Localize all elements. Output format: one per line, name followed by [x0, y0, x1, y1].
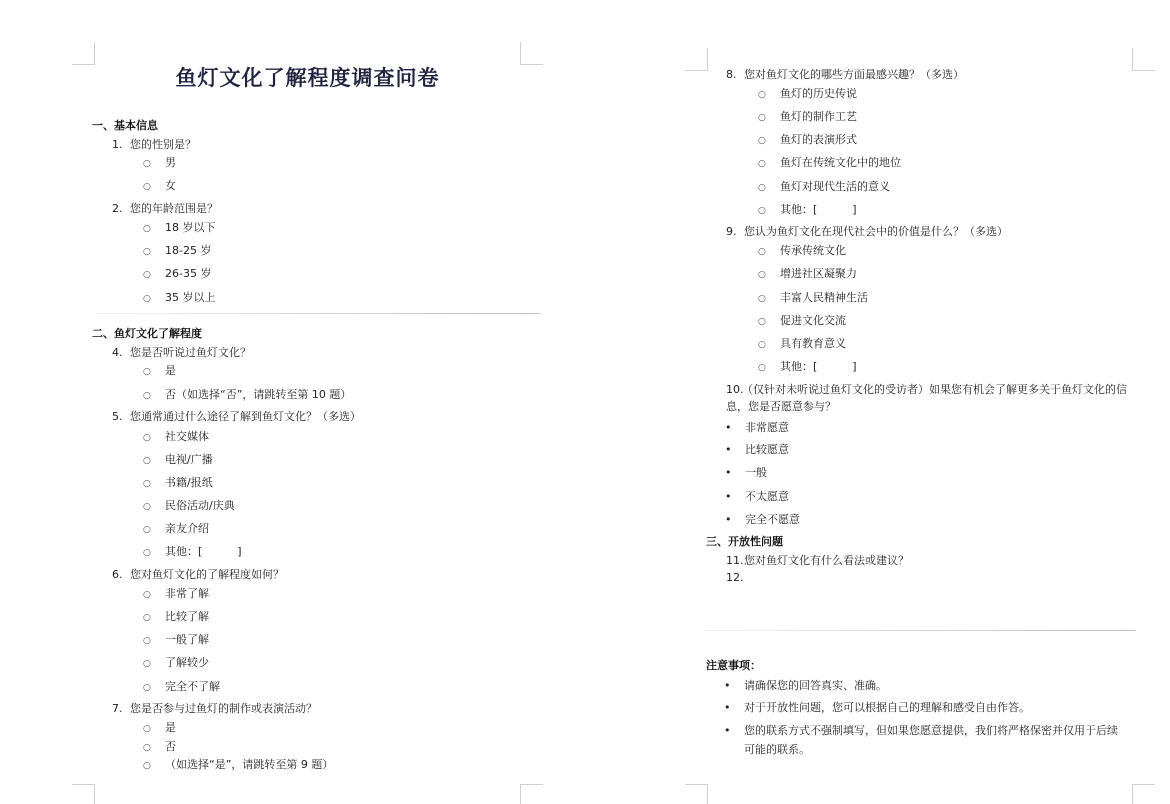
dot-bullet-icon: • — [725, 490, 745, 503]
question-11: 11.您对鱼灯文化有什么看法或建议？ — [726, 552, 909, 568]
circle-bullet-icon: ○ — [143, 224, 165, 234]
option-item[interactable]: ○一般了解 — [143, 631, 209, 647]
page-corner-mark — [685, 48, 708, 71]
circle-bullet-icon: ○ — [143, 182, 165, 192]
page-corner-mark — [685, 784, 708, 804]
option-item[interactable]: ○非常了解 — [143, 585, 209, 601]
document-title: 鱼灯文化了解程度调查问卷 — [0, 62, 615, 92]
question-number: 11. — [726, 554, 744, 567]
circle-bullet-icon: ○ — [143, 433, 165, 443]
question-text: 您对鱼灯文化的哪些方面最感兴趣？（多选） — [744, 68, 964, 81]
option-item[interactable]: ○男 — [143, 154, 176, 170]
circle-bullet-icon: ○ — [143, 525, 165, 535]
question-number: 12. — [726, 571, 744, 584]
section-heading-basic-info: 一、基本信息 — [92, 117, 158, 133]
circle-bullet-icon: ○ — [758, 90, 780, 100]
circle-bullet-icon: ○ — [758, 363, 780, 373]
question-number: 6. — [112, 568, 130, 581]
circle-bullet-icon: ○ — [758, 317, 780, 327]
option-item[interactable]: •不太愿意 — [725, 488, 789, 504]
dot-bullet-icon: • — [724, 701, 744, 714]
question-2: 2.您的年龄范围是？ — [112, 200, 218, 216]
circle-bullet-icon: ○ — [143, 659, 165, 669]
option-item[interactable]: ○女 — [143, 177, 176, 193]
circle-bullet-icon: ○ — [143, 159, 165, 169]
question-text: 您认为鱼灯文化在现代社会中的价值是什么？（多选） — [744, 225, 1008, 238]
option-item[interactable]: ○了解较少 — [143, 654, 209, 670]
option-item-other[interactable]: ○其他：[ ] — [143, 543, 242, 559]
circle-bullet-icon: ○ — [143, 456, 165, 466]
dot-bullet-icon: • — [725, 466, 745, 479]
option-item[interactable]: ○是 — [143, 719, 176, 735]
question-text: （仅针对未听说过鱼灯文化的受访者）如果您有机会了解更多关于鱼灯文化的信息，您是否… — [726, 383, 1127, 413]
option-item[interactable]: ○18 岁以下 — [143, 219, 216, 235]
circle-bullet-icon: ○ — [143, 613, 165, 623]
circle-bullet-icon: ○ — [758, 113, 780, 123]
page-corner-mark — [1132, 48, 1155, 71]
option-item[interactable]: ○鱼灯在传统文化中的地位 — [758, 154, 901, 170]
section-heading-awareness: 二、鱼灯文化了解程度 — [92, 325, 202, 341]
question-text: 您是否听说过鱼灯文化？ — [130, 346, 251, 359]
section-heading-open-questions: 三、开放性问题 — [706, 533, 783, 549]
option-item[interactable]: ○书籍/报纸 — [143, 474, 213, 490]
question-8: 8.您对鱼灯文化的哪些方面最感兴趣？（多选） — [726, 66, 964, 82]
horizontal-rule — [705, 630, 1136, 631]
question-6: 6.您对鱼灯文化的了解程度如何？ — [112, 566, 284, 582]
option-item[interactable]: ○亲友介绍 — [143, 520, 209, 536]
option-item[interactable]: •完全不愿意 — [725, 511, 800, 527]
option-item[interactable]: ○社交媒体 — [143, 428, 209, 444]
option-item[interactable]: ○增进社区凝聚力 — [758, 265, 857, 281]
circle-bullet-icon: ○ — [143, 590, 165, 600]
circle-bullet-icon: ○ — [758, 270, 780, 280]
option-item[interactable]: ○民俗活动/庆典 — [143, 497, 235, 513]
circle-bullet-icon: ○ — [143, 743, 165, 753]
option-item[interactable]: ○电视/广播 — [143, 451, 213, 467]
option-item[interactable]: ○丰富人民精神生活 — [758, 289, 868, 305]
note-item: •请确保您的回答真实、准确。 — [724, 677, 887, 693]
option-item[interactable]: ○鱼灯的历史传说 — [758, 85, 857, 101]
circle-bullet-icon: ○ — [758, 159, 780, 169]
circle-bullet-icon: ○ — [143, 683, 165, 693]
circle-bullet-icon: ○ — [758, 136, 780, 146]
option-item-other[interactable]: ○其他：[ ] — [758, 358, 857, 374]
question-12[interactable]: 12. — [726, 571, 744, 584]
option-item[interactable]: ○鱼灯的表演形式 — [758, 131, 857, 147]
circle-bullet-icon: ○ — [758, 247, 780, 257]
circle-bullet-icon: ○ — [143, 294, 165, 304]
option-item[interactable]: ○鱼灯的制作工艺 — [758, 108, 857, 124]
question-number: 9. — [726, 225, 744, 238]
circle-bullet-icon: ○ — [143, 761, 165, 771]
option-item-other[interactable]: ○其他：[ ] — [758, 201, 857, 217]
dot-bullet-icon: • — [725, 443, 745, 456]
question-text: 您对鱼灯文化的了解程度如何？ — [130, 568, 284, 581]
option-item[interactable]: ○完全不了解 — [143, 678, 220, 694]
circle-bullet-icon: ○ — [758, 206, 780, 216]
circle-bullet-icon: ○ — [758, 294, 780, 304]
notes-heading: 注意事项： — [706, 657, 761, 673]
circle-bullet-icon: ○ — [143, 391, 165, 401]
horizontal-rule — [95, 313, 540, 314]
option-item[interactable]: ○35 岁以上 — [143, 289, 216, 305]
question-9: 9.您认为鱼灯文化在现代社会中的价值是什么？（多选） — [726, 223, 1008, 239]
circle-bullet-icon: ○ — [143, 367, 165, 377]
circle-bullet-icon: ○ — [143, 247, 165, 257]
page-right: 8.您对鱼灯文化的哪些方面最感兴趣？（多选） ○鱼灯的历史传说 ○鱼灯的制作工艺… — [585, 0, 1170, 804]
dot-bullet-icon: • — [725, 421, 745, 434]
question-number: 4. — [112, 346, 130, 359]
question-number: 2. — [112, 202, 130, 215]
option-item[interactable]: ○比较了解 — [143, 608, 209, 624]
question-number: 10. — [726, 381, 742, 398]
circle-bullet-icon: ○ — [758, 183, 780, 193]
question-text: 您的年龄范围是？ — [130, 202, 218, 215]
circle-bullet-icon: ○ — [143, 270, 165, 280]
circle-bullet-icon: ○ — [758, 340, 780, 350]
question-7: 7.您是否参与过鱼灯的制作或表演活动？ — [112, 700, 317, 716]
circle-bullet-icon: ○ — [143, 636, 165, 646]
page-corner-mark — [520, 784, 543, 804]
dot-bullet-icon: • — [724, 721, 744, 759]
option-item[interactable]: ○26-35 岁 — [143, 265, 211, 281]
question-10: 10.（仅针对未听说过鱼灯文化的受访者）如果您有机会了解更多关于鱼灯文化的信息，… — [726, 381, 1136, 415]
option-item[interactable]: •比较愿意 — [725, 441, 789, 457]
page-corner-mark — [1132, 784, 1155, 804]
option-item[interactable]: •非常愿意 — [725, 419, 789, 435]
question-1: 1.您的性别是？ — [112, 136, 196, 152]
circle-bullet-icon: ○ — [143, 548, 165, 558]
circle-bullet-icon: ○ — [143, 724, 165, 734]
option-item[interactable]: ○鱼灯对现代生活的意义 — [758, 178, 890, 194]
option-item[interactable]: ○传承传统文化 — [758, 242, 846, 258]
note-item: •对于开放性问题，您可以根据自己的理解和感受自由作答。 — [724, 699, 1030, 715]
option-item[interactable]: ○是 — [143, 362, 176, 378]
option-item[interactable]: ○否 — [143, 738, 176, 754]
question-text: 您通常通过什么途径了解到鱼灯文化？（多选） — [130, 410, 361, 423]
option-item[interactable]: •一般 — [725, 464, 767, 480]
question-text: 您对鱼灯文化有什么看法或建议？ — [744, 554, 909, 567]
question-number: 1. — [112, 138, 130, 151]
question-5: 5.您通常通过什么途径了解到鱼灯文化？（多选） — [112, 408, 361, 424]
dot-bullet-icon: • — [725, 513, 745, 526]
question-text: 您的性别是？ — [130, 138, 196, 151]
question-text: 您是否参与过鱼灯的制作或表演活动？ — [130, 702, 317, 715]
option-item[interactable]: ○否（如选择“否”，请跳转至第 10 题） — [143, 386, 351, 402]
question-number: 7. — [112, 702, 130, 715]
question-4: 4.您是否听说过鱼灯文化？ — [112, 344, 251, 360]
option-item[interactable]: ○具有教育意义 — [758, 335, 846, 351]
option-item[interactable]: ○18-25 岁 — [143, 242, 211, 258]
option-item[interactable]: ○（如选择“是”，请跳转至第 9 题） — [143, 756, 333, 772]
page-corner-mark — [72, 784, 95, 804]
page-left: 鱼灯文化了解程度调查问卷 一、基本信息 1.您的性别是？ ○男 ○女 2.您的年… — [0, 0, 585, 804]
dot-bullet-icon: • — [724, 679, 744, 692]
option-item[interactable]: ○促进文化交流 — [758, 312, 846, 328]
question-number: 5. — [112, 410, 130, 423]
circle-bullet-icon: ○ — [143, 479, 165, 489]
question-number: 8. — [726, 68, 744, 81]
circle-bullet-icon: ○ — [143, 502, 165, 512]
note-item: •您的联系方式不强制填写，但如果您愿意提供，我们将严格保密并仅用于后续可能的联系… — [724, 721, 1124, 759]
